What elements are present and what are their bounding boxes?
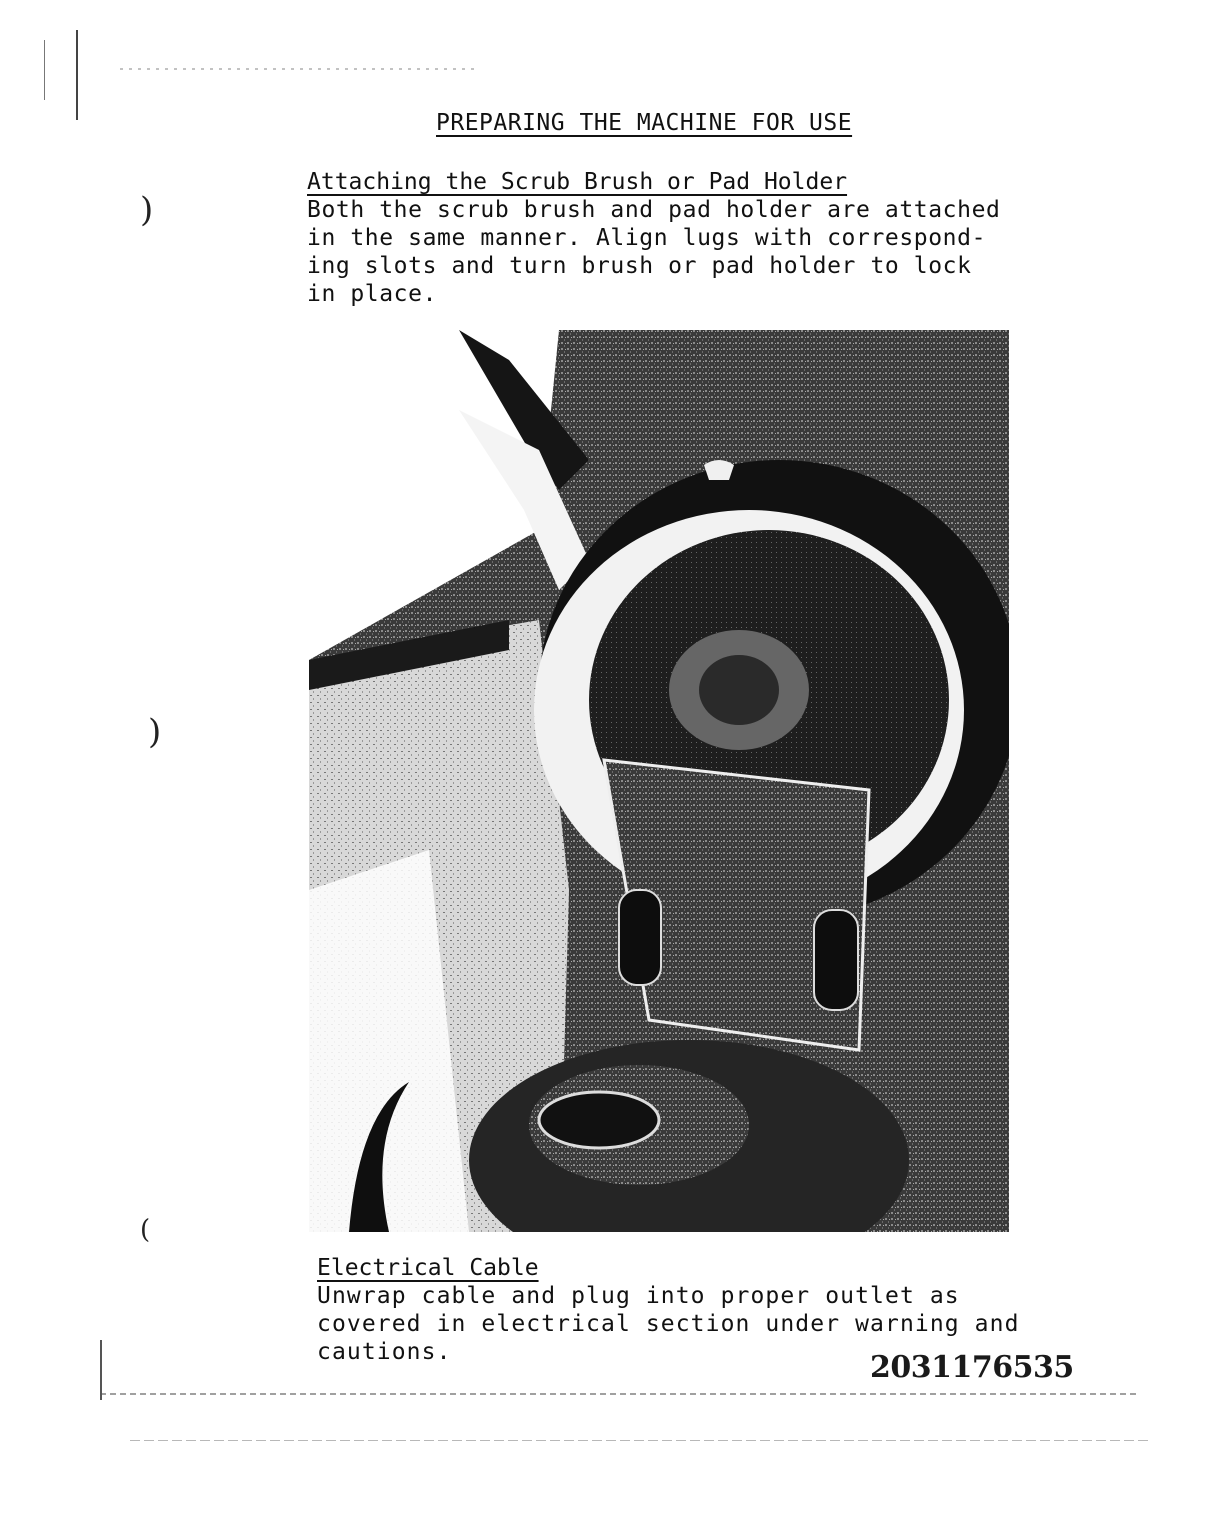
scan-artifact <box>100 1393 1140 1395</box>
document-id-stamp: 2031176535 <box>870 1350 1074 1385</box>
binder-hole-mark: ( <box>140 1215 150 1245</box>
document-page: ) ) ( PREPARING THE MACHINE FOR USE Atta… <box>0 0 1218 1520</box>
section-attaching-brush: Attaching the Scrub Brush or Pad Holder … <box>307 168 1027 308</box>
binder-hole-mark: ) <box>140 190 153 230</box>
section-heading: Attaching the Scrub Brush or Pad Holder <box>307 168 1027 196</box>
scan-artifact <box>120 68 480 70</box>
page-title: PREPARING THE MACHINE FOR USE <box>436 110 852 136</box>
scan-artifact <box>76 30 78 120</box>
section-body: Both the scrub brush and pad holder are … <box>307 196 1027 308</box>
binder-hole-mark: ) <box>148 712 161 752</box>
scan-artifact <box>44 40 45 100</box>
machine-photo <box>309 330 1009 1232</box>
scan-artifact <box>100 1340 102 1400</box>
section-heading: Electrical Cable <box>317 1254 1037 1282</box>
scan-artifact <box>130 1440 1150 1441</box>
